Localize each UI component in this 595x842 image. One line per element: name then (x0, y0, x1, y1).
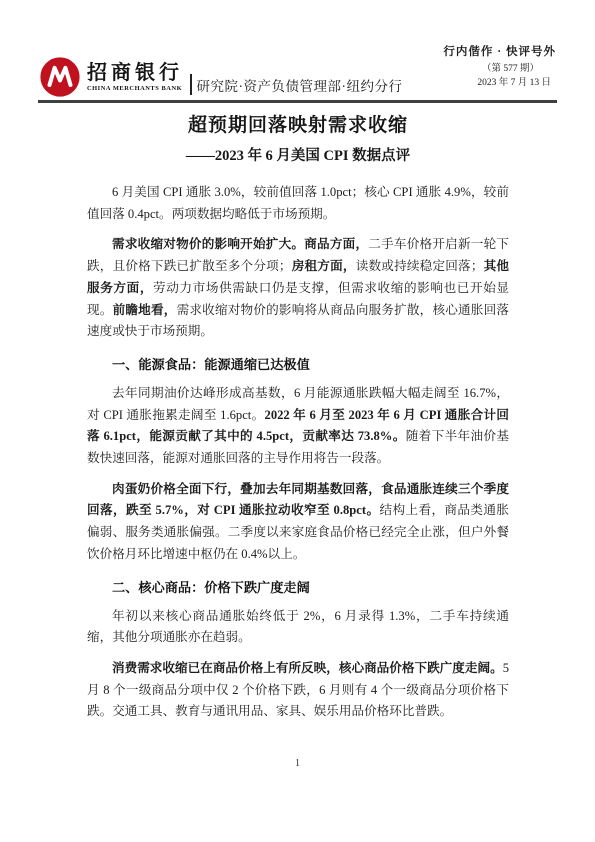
text-run: 房租方面， (292, 259, 356, 273)
page-footer: 1 (0, 753, 595, 771)
header-issue-block: 行内偕作 · 快评号外 （第 577 期） 2023 年 7 月 13 日 (443, 45, 556, 89)
publish-date: 2023 年 7 月 13 日 (443, 77, 556, 89)
paragraph: 年初以来核心商品通胀始终低于 2%，6 月录得 1.3%，二手车持续通缩，其他分… (87, 606, 509, 649)
text-run: 前瞻地看， (113, 303, 177, 317)
text-run: 年初以来核心商品通胀始终低于 2%，6 月录得 1.3%，二手车持续通缩，其他分… (87, 609, 509, 645)
department-label: 研究院·资产负债管理部·纽约分行 (197, 75, 403, 97)
header-brand-block: 招商银行 CHINA MERCHANTS BANK 研究院·资产负债管理部·纽约… (40, 57, 403, 97)
paragraph: 去年同期油价达峰形成高基数，6 月能源通胀跌幅大幅走阔至 16.7%，对 CPI… (87, 383, 509, 470)
text-run: 需求收缩对物价的影响开始扩大。商品方面， (112, 237, 368, 251)
doc-title: 超预期回落映射需求收缩 (87, 114, 509, 138)
cmb-logo-icon (40, 57, 80, 97)
issue-number: （第 577 期） (443, 63, 556, 75)
bank-name: 招商银行 (87, 62, 183, 85)
text-run: 6 月美国 CPI 通胀 3.0%，较前值回落 1.0pct；核心 CPI 通胀… (87, 185, 509, 221)
section-heading: 二、核心商品：价格下跌广度走阔 (87, 578, 509, 598)
page-number: 1 (295, 758, 300, 769)
section-heading: 一、能源食品：能源通缩已达极值 (87, 355, 509, 375)
paragraph: 消费需求收缩已在商品价格上有所反映，核心商品价格下跌广度走阔。5 月 8 个一级… (87, 658, 509, 723)
bank-wordmark: 招商银行 CHINA MERCHANTS BANK (87, 62, 183, 92)
doc-subtitle: ——2023 年 6 月美国 CPI 数据点评 (87, 147, 509, 165)
bank-logo-group: 招商银行 CHINA MERCHANTS BANK (40, 57, 183, 97)
text-run: 读数或持续稳定回落； (356, 259, 484, 273)
department-divider (190, 74, 192, 95)
document-page: 招商银行 CHINA MERCHANTS BANK 研究院·资产负债管理部·纽约… (0, 0, 595, 842)
page-header: 招商银行 CHINA MERCHANTS BANK 研究院·资产负债管理部·纽约… (40, 45, 556, 97)
paragraph: 肉蛋奶价格全面下行，叠加去年同期基数回落，食品通胀连续三个季度回落，跌至 5.7… (87, 479, 509, 566)
bank-name-en: CHINA MERCHANTS BANK (87, 85, 183, 92)
body-text: 6 月美国 CPI 通胀 3.0%，较前值回落 1.0pct；核心 CPI 通胀… (87, 182, 509, 723)
series-label: 行内偕作 · 快评号外 (443, 45, 556, 60)
document-content: 超预期回落映射需求收缩 ——2023 年 6 月美国 CPI 数据点评 6 月美… (0, 0, 595, 723)
header-rule (38, 100, 557, 103)
paragraph: 需求收缩对物价的影响开始扩大。商品方面，二手车价格开启新一轮下跌，且价格下跌已扩… (87, 234, 509, 343)
text-run: 消费需求收缩已在商品价格上有所反映，核心商品价格下跌广度走阔。 (112, 661, 503, 675)
paragraph: 6 月美国 CPI 通胀 3.0%，较前值回落 1.0pct；核心 CPI 通胀… (87, 182, 509, 225)
